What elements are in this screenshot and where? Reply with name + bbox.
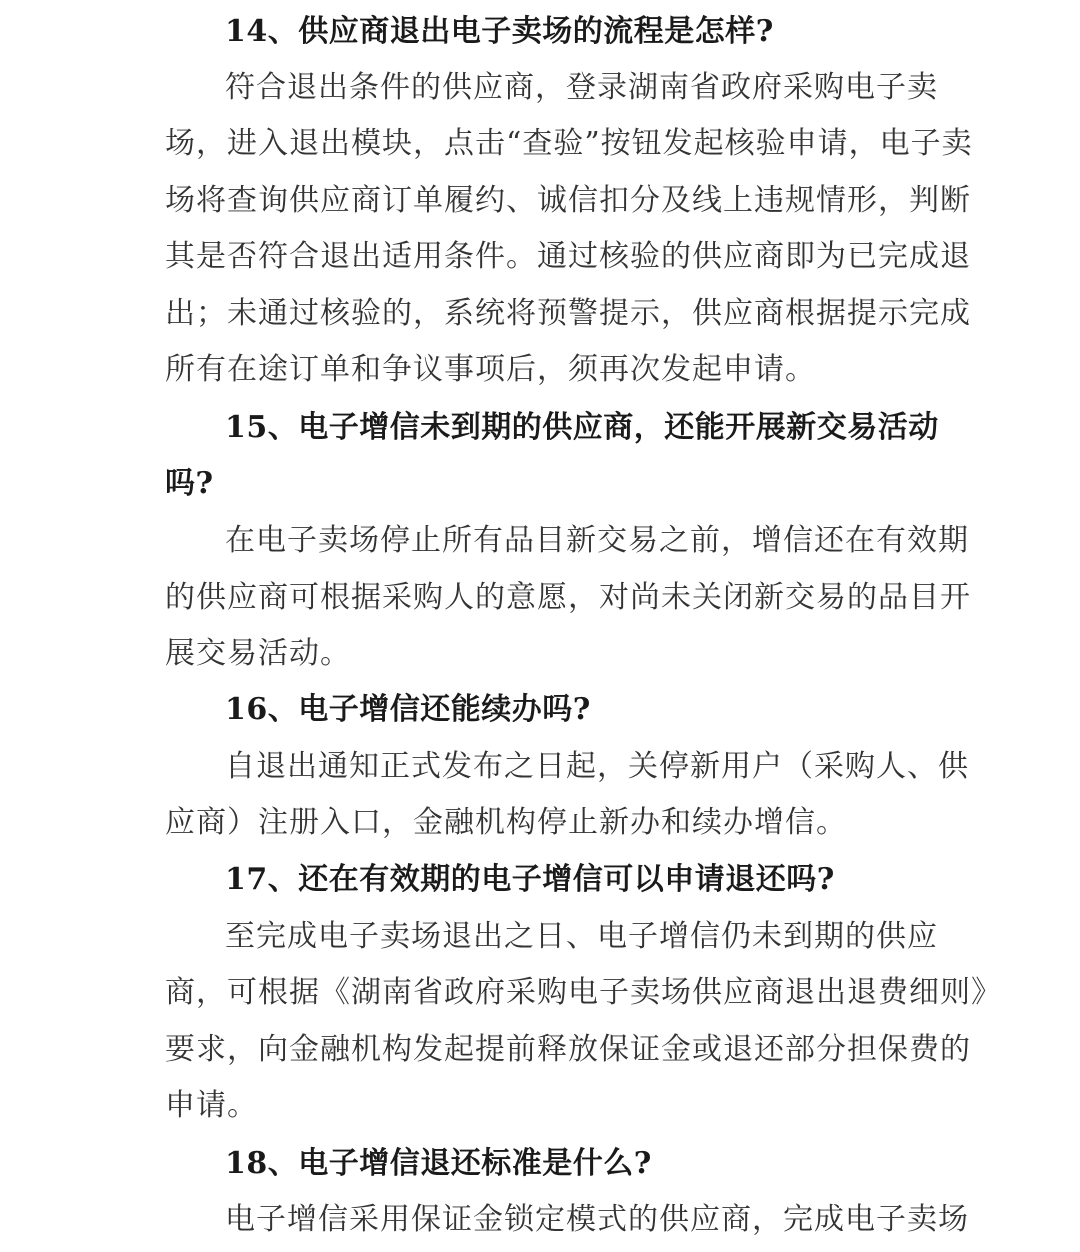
answer-14-line-6: 所有在途订单和争议事项后，须再次发起申请。 [165, 350, 816, 390]
question-15-heading-line-1: 15、电子增信未到期的供应商，还能开展新交易活动 [225, 408, 917, 448]
answer-16-line-1: 自退出通知正式发布之日起，关停新用户（采购人、供 [225, 747, 917, 787]
answer-18-line-1: 电子增信采用保证金锁定模式的供应商，完成电子卖场 [225, 1200, 917, 1240]
answer-17-line-4: 申请。 [165, 1086, 258, 1126]
question-17-heading: 17、还在有效期的电子增信可以申请退还吗? [225, 860, 835, 900]
question-14-heading: 14、供应商退出电子卖场的流程是怎样? [225, 12, 774, 52]
answer-14-line-1: 符合退出条件的供应商，登录湖南省政府采购电子卖 [225, 68, 917, 108]
answer-17-line-1: 至完成电子卖场退出之日、电子增信仍未到期的供应 [225, 917, 917, 957]
answer-14-line-2: 场，进入退出模块，点击“查验”按钮发起核验申请，电子卖 [165, 124, 917, 164]
answer-14-line-5: 出；未通过核验的，系统将预警提示，供应商根据提示完成 [165, 294, 917, 334]
question-18-heading: 18、电子增信退还标准是什么? [225, 1144, 652, 1184]
question-15-heading-line-2: 吗? [165, 464, 214, 504]
answer-16-line-2: 应商）注册入口，金融机构停止新办和续办增信。 [165, 803, 847, 843]
answer-15-line-3: 展交易活动。 [165, 634, 351, 674]
answer-14-line-3: 场将查询供应商订单履约、诚信扣分及线上违规情形，判断 [165, 181, 917, 221]
answer-15-line-1: 在电子卖场停止所有品目新交易之前，增信还在有效期 [225, 521, 917, 561]
question-16-heading: 16、电子增信还能续办吗? [225, 690, 591, 730]
answer-17-line-2: 商，可根据《湖南省政府采购电子卖场供应商退出退费细则》 [165, 973, 917, 1013]
answer-17-line-3: 要求，向金融机构发起提前释放保证金或退还部分担保费的 [165, 1030, 917, 1070]
answer-15-line-2: 的供应商可根据采购人的意愿，对尚未关闭新交易的品目开 [165, 578, 917, 618]
answer-14-line-4: 其是否符合退出适用条件。通过核验的供应商即为已完成退 [165, 237, 917, 277]
